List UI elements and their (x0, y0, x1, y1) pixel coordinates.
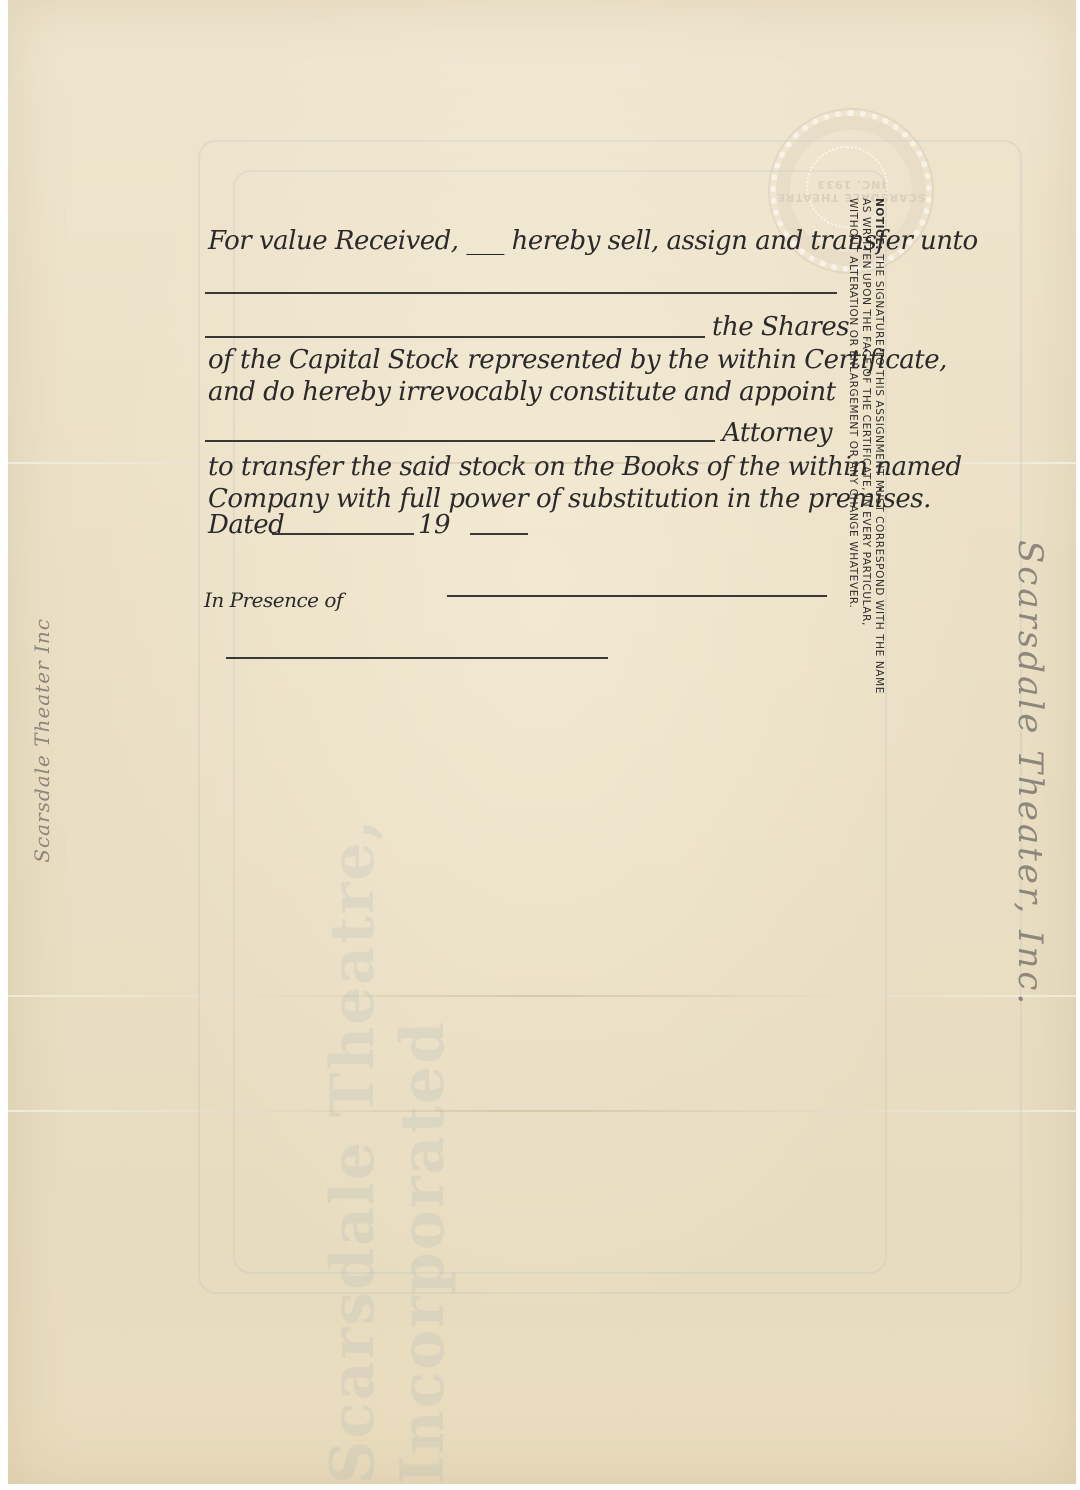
show-through-title: Scarsdale Theatre, Incorporated (318, 700, 458, 1484)
date-line (272, 533, 414, 535)
signature-line (447, 595, 827, 597)
assignment-line-5-suffix: Attorney (722, 418, 832, 448)
assignment-line-7: Company with full power of substitution … (208, 484, 931, 514)
handwritten-note-left: Scarsdale Theater Inc (30, 618, 54, 863)
notice-line-3: WITHOUT ALTERATION OR ENLARGEMENT OR ANY… (847, 198, 859, 608)
assignment-line-2-suffix: the Shares (712, 312, 849, 342)
year-line (470, 533, 528, 535)
shares-count-line (205, 336, 705, 338)
assignment-line-3: of the Capital Stock represented by the … (208, 345, 947, 375)
signature-notice: NOTICE: THE SIGNATURE TO THIS ASSIGNMENT… (846, 198, 885, 694)
year-prefix: 19 (418, 510, 450, 540)
presence-label: In Presence of (204, 588, 343, 612)
notice-label: NOTICE: (873, 198, 885, 250)
dated-label: Dated (208, 510, 284, 540)
assignee-name-line (205, 292, 837, 294)
notice-line-1: NOTICE: THE SIGNATURE TO THIS ASSIGNMENT… (873, 198, 885, 694)
assignment-line-4: and do hereby irrevocably constitute and… (208, 377, 836, 407)
handwritten-note-right: Scarsdale Theater, Inc. (1010, 540, 1050, 1007)
notice-line-2: AS WRITTEN UPON THE FACE OF THE CERTIFIC… (860, 198, 872, 626)
witness-line (226, 657, 608, 659)
attorney-name-line (205, 440, 715, 442)
